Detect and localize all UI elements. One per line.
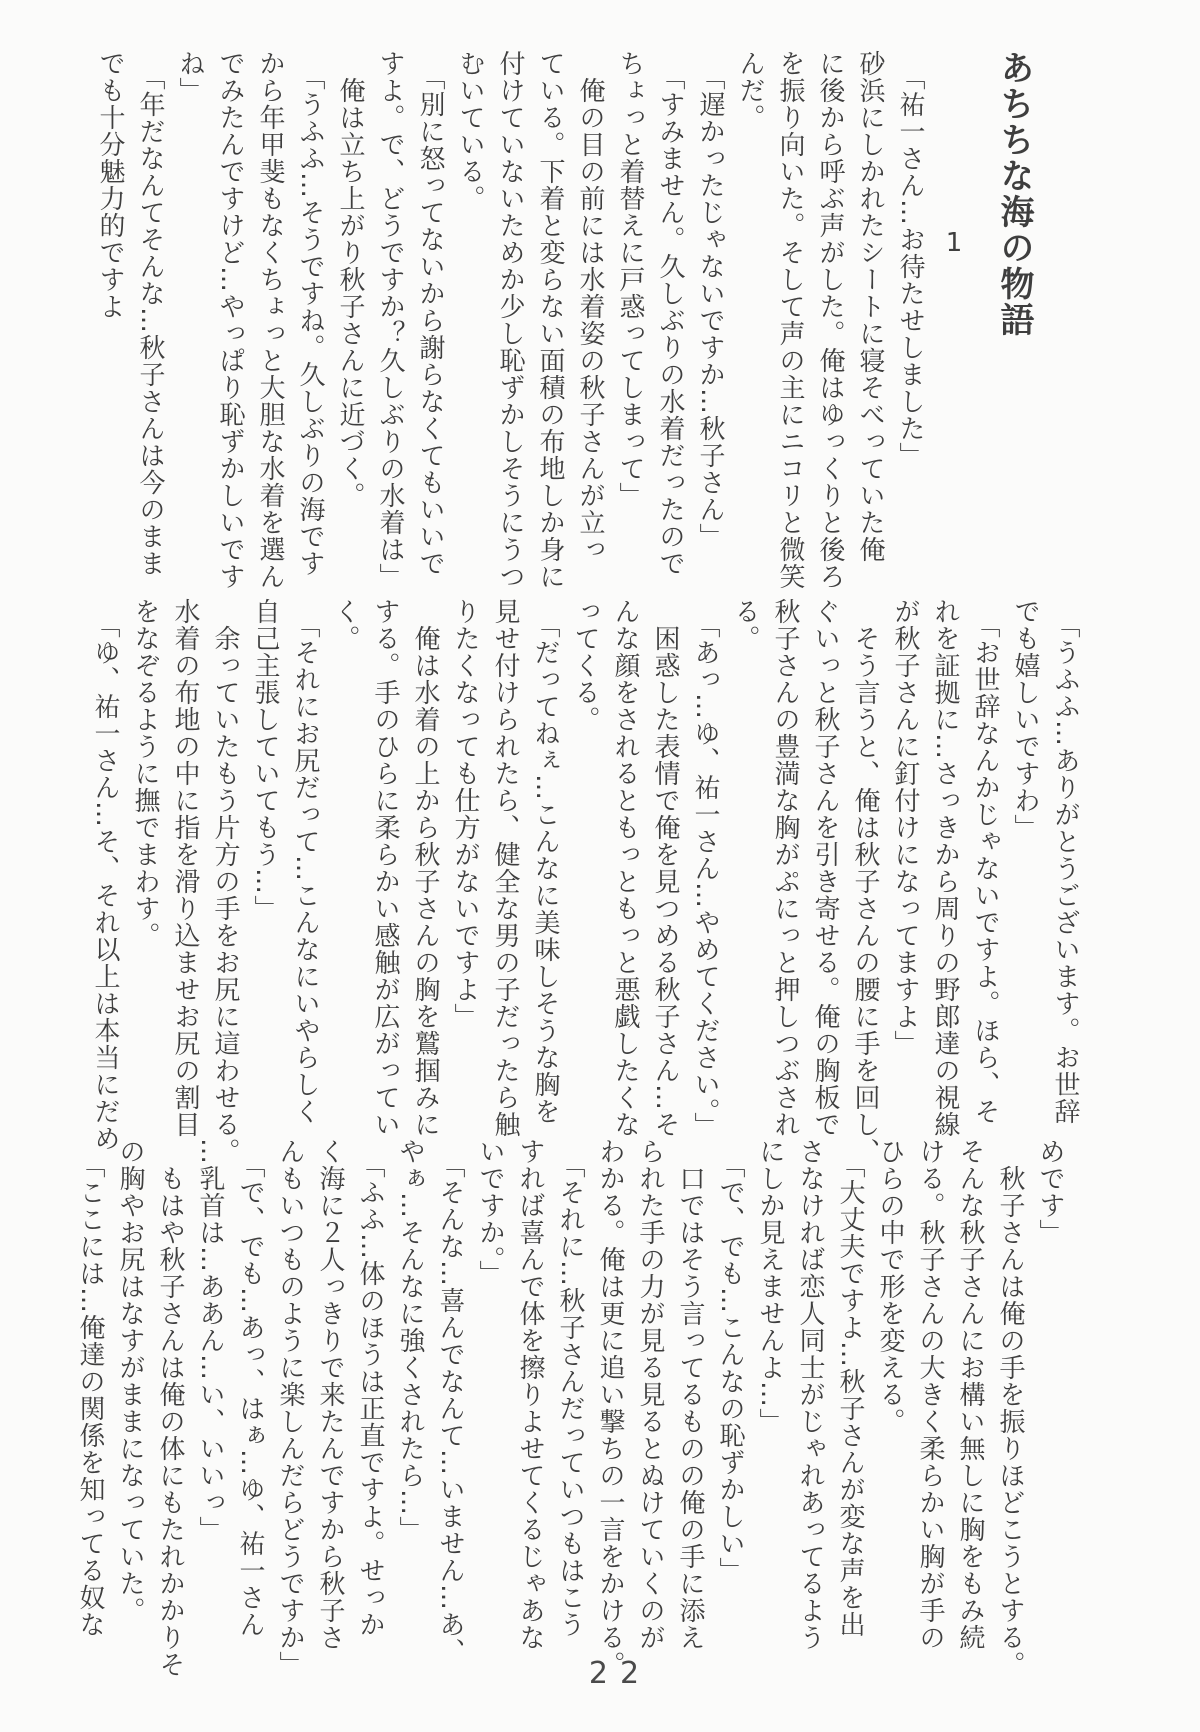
text-column: そう言うと、俺は秋子さんの腰に手を回し、 — [845, 598, 885, 1103]
text-column: さなければ恋人同士がじゃれあってるよう — [790, 1138, 830, 1643]
text-column: すれば喜んで体を擦りよせてくるじゃあな — [510, 1138, 550, 1643]
text-column: 「すみません。久しぶりの水着だったので — [650, 50, 690, 555]
text-column: 「ふふ…体のほうは正直ですよ。せっか — [350, 1138, 390, 1643]
text-column: れを証拠に…さっきから周りの野郎達の視線 — [925, 598, 965, 1103]
text-column: の胸やお尻はなすがままになっていた。 — [110, 1138, 150, 1643]
text-column: 「別に怒ってないから謝らなくてもいいで — [410, 50, 450, 555]
text-column: やぁ…そんなに強くされたら…」 — [390, 1138, 430, 1643]
text-column: する。手のひらに柔らかい感触が広がってい — [365, 598, 405, 1103]
text-band-bottom: めです」 秋子さんは俺の手を振りほどこうとする。そんな秋子さんにお構い無しに胸を… — [70, 1138, 1070, 1643]
text-column: 「それにお尻だって…こんなにいやらしく — [285, 598, 325, 1103]
text-column: 付けていないためか少し恥ずかしそうにうつ — [490, 50, 530, 555]
text-column: をなぞるように撫でまわす。 — [125, 598, 165, 1103]
text-column: 見せ付けられたら、健全な男の子だったら触 — [485, 598, 525, 1103]
scanned-novel-page: あちちな海の物語 1 「祐一さん…お待たせしました」砂浜にしかれたシートに寝そべ… — [0, 0, 1200, 1732]
text-column: る。 — [725, 598, 765, 1103]
text-column: すよ。で、どうですか？久しぶりの水着は」 — [370, 50, 410, 555]
text-column: 「祐一さん…お待たせしました」 — [890, 50, 930, 555]
text-column: 「大丈夫ですよ…秋子さんが変な声を出 — [830, 1138, 870, 1643]
story-title: あちちな海の物語 — [988, 50, 1040, 555]
text-column: 俺は立ち上がり秋子さんに近づく。 — [330, 50, 370, 555]
text-column: にしか見えませんよ…」 — [750, 1138, 790, 1643]
text-column: られた手の力が見る見るとぬけていくのが — [630, 1138, 670, 1643]
text-column: 俺の目の前には水着姿の秋子さんが立っ — [570, 50, 610, 555]
text-column: 「ここには…俺達の関係を知ってる奴な — [70, 1138, 110, 1643]
text-band-top: あちちな海の物語 1 「祐一さん…お待たせしました」砂浜にしかれたシートに寝そべ… — [90, 50, 1040, 555]
text-column: ひらの中で形を変える。 — [870, 1138, 910, 1643]
text-column: 俺は水着の上から秋子さんの胸を鷲掴みに — [405, 598, 445, 1103]
text-column: んだ。 — [730, 50, 770, 555]
text-column: 「うふふ…ありがとうございます。お世辞 — [1045, 598, 1085, 1103]
text-column: 困惑した表情で俺を見つめる秋子さん…そ — [645, 598, 685, 1103]
text-column: むいている。 — [450, 50, 490, 555]
text-columns-bottom: めです」 秋子さんは俺の手を振りほどこうとする。そんな秋子さんにお構い無しに胸を… — [70, 1138, 1070, 1643]
text-column: めです」 — [1030, 1138, 1070, 1643]
text-column: んもいつものように楽しんだらどうですか」 — [270, 1138, 310, 1643]
text-column: …乳首は…ああん…い、いいっ」 — [190, 1138, 230, 1643]
text-column: を振り向いた。そして声の主にニコリと微笑 — [770, 50, 810, 555]
text-column: でも十分魅力的ですよ — [90, 50, 130, 555]
text-column: に後から呼ぶ声がした。俺はゆっくりと後ろ — [810, 50, 850, 555]
text-column: でみたんですけど…やっぱり恥ずかしいです — [210, 50, 250, 555]
text-column: 「で、でも…あっ、はぁ…ゆ、祐一さん — [230, 1138, 270, 1643]
text-column: 「年だなんてそんな…秋子さんは今のまま — [130, 50, 170, 555]
text-column: んな顔をされるともっともっと悪戯したくな — [605, 598, 645, 1103]
text-column: もはや秋子さんは俺の体にもたれかかりそ — [150, 1138, 190, 1643]
text-column: ちょっと着替えに戸惑ってしまって」 — [610, 50, 650, 555]
section-number: 1 — [934, 50, 974, 555]
text-column: ぐいっと秋子さんを引き寄せる。俺の胸板で — [805, 598, 845, 1103]
text-column: 水着の布地の中に指を滑り込ませお尻の割目 — [165, 598, 205, 1103]
text-column: 砂浜にしかれたシートに寝そべっていた俺 — [850, 50, 890, 555]
text-column: 自己主張していてもう…」 — [245, 598, 285, 1103]
text-column: 「で、でも…こんなの恥ずかしい」 — [710, 1138, 750, 1643]
text-column: が秋子さんに釘付けになってますよ」 — [885, 598, 925, 1103]
text-column: 「だってねぇ…こんなに美味しそうな胸を — [525, 598, 565, 1103]
text-column: りたくなっても仕方がないですよ」 — [445, 598, 485, 1103]
text-column: から年甲斐もなくちょっと大胆な水着を選ん — [250, 50, 290, 555]
text-column: 秋子さんの豊満な胸がぷにっと押しつぶされ — [765, 598, 805, 1103]
text-column: いですか。」 — [470, 1138, 510, 1643]
text-column: 「お世辞なんかじゃないですよ。ほら、そ — [965, 598, 1005, 1103]
text-columns-middle: 「うふふ…ありがとうございます。お世辞でも嬉しいですわ」 「お世辞なんかじゃない… — [85, 598, 1085, 1103]
text-column: ね」 — [170, 50, 210, 555]
text-column: 「そんな…喜んでなんて…いません…あ、 — [430, 1138, 470, 1643]
text-column: く。 — [325, 598, 365, 1103]
text-column: 「あっ…ゆ、祐一さん…やめてください。」 — [685, 598, 725, 1103]
text-column: でも嬉しいですわ」 — [1005, 598, 1045, 1103]
page-number: 22 — [540, 1656, 700, 1691]
text-column: ってくる。 — [565, 598, 605, 1103]
text-columns-top: 「祐一さん…お待たせしました」砂浜にしかれたシートに寝そべっていた俺に後から呼ぶ… — [90, 50, 930, 555]
text-column: 「遅かったじゃないですか…秋子さん」 — [690, 50, 730, 555]
text-column: 「それに…秋子さんだっていつもはこう — [550, 1138, 590, 1643]
text-column: わかる。俺は更に追い撃ちの一言をかける。 — [590, 1138, 630, 1643]
text-column: 口ではそう言ってるものの俺の手に添え — [670, 1138, 710, 1643]
text-column: ける。秋子さんの大きく柔らかい胸が手の — [910, 1138, 950, 1643]
text-band-middle: 「うふふ…ありがとうございます。お世辞でも嬉しいですわ」 「お世辞なんかじゃない… — [85, 598, 1085, 1103]
text-column: 「うふふ…そうですね。久しぶりの海です — [290, 50, 330, 555]
text-column: そんな秋子さんにお構い無しに胸をもみ続 — [950, 1138, 990, 1643]
text-column: 秋子さんは俺の手を振りほどこうとする。 — [990, 1138, 1030, 1643]
text-column: く海に２人っきりで来たんですから秋子さ — [310, 1138, 350, 1643]
text-column: 「ゆ、祐一さん…そ、それ以上は本当にだめ — [85, 598, 125, 1103]
text-column: ている。下着と変らない面積の布地しか身に — [530, 50, 570, 555]
text-column: 余っていたもう片方の手をお尻に這わせる。 — [205, 598, 245, 1103]
